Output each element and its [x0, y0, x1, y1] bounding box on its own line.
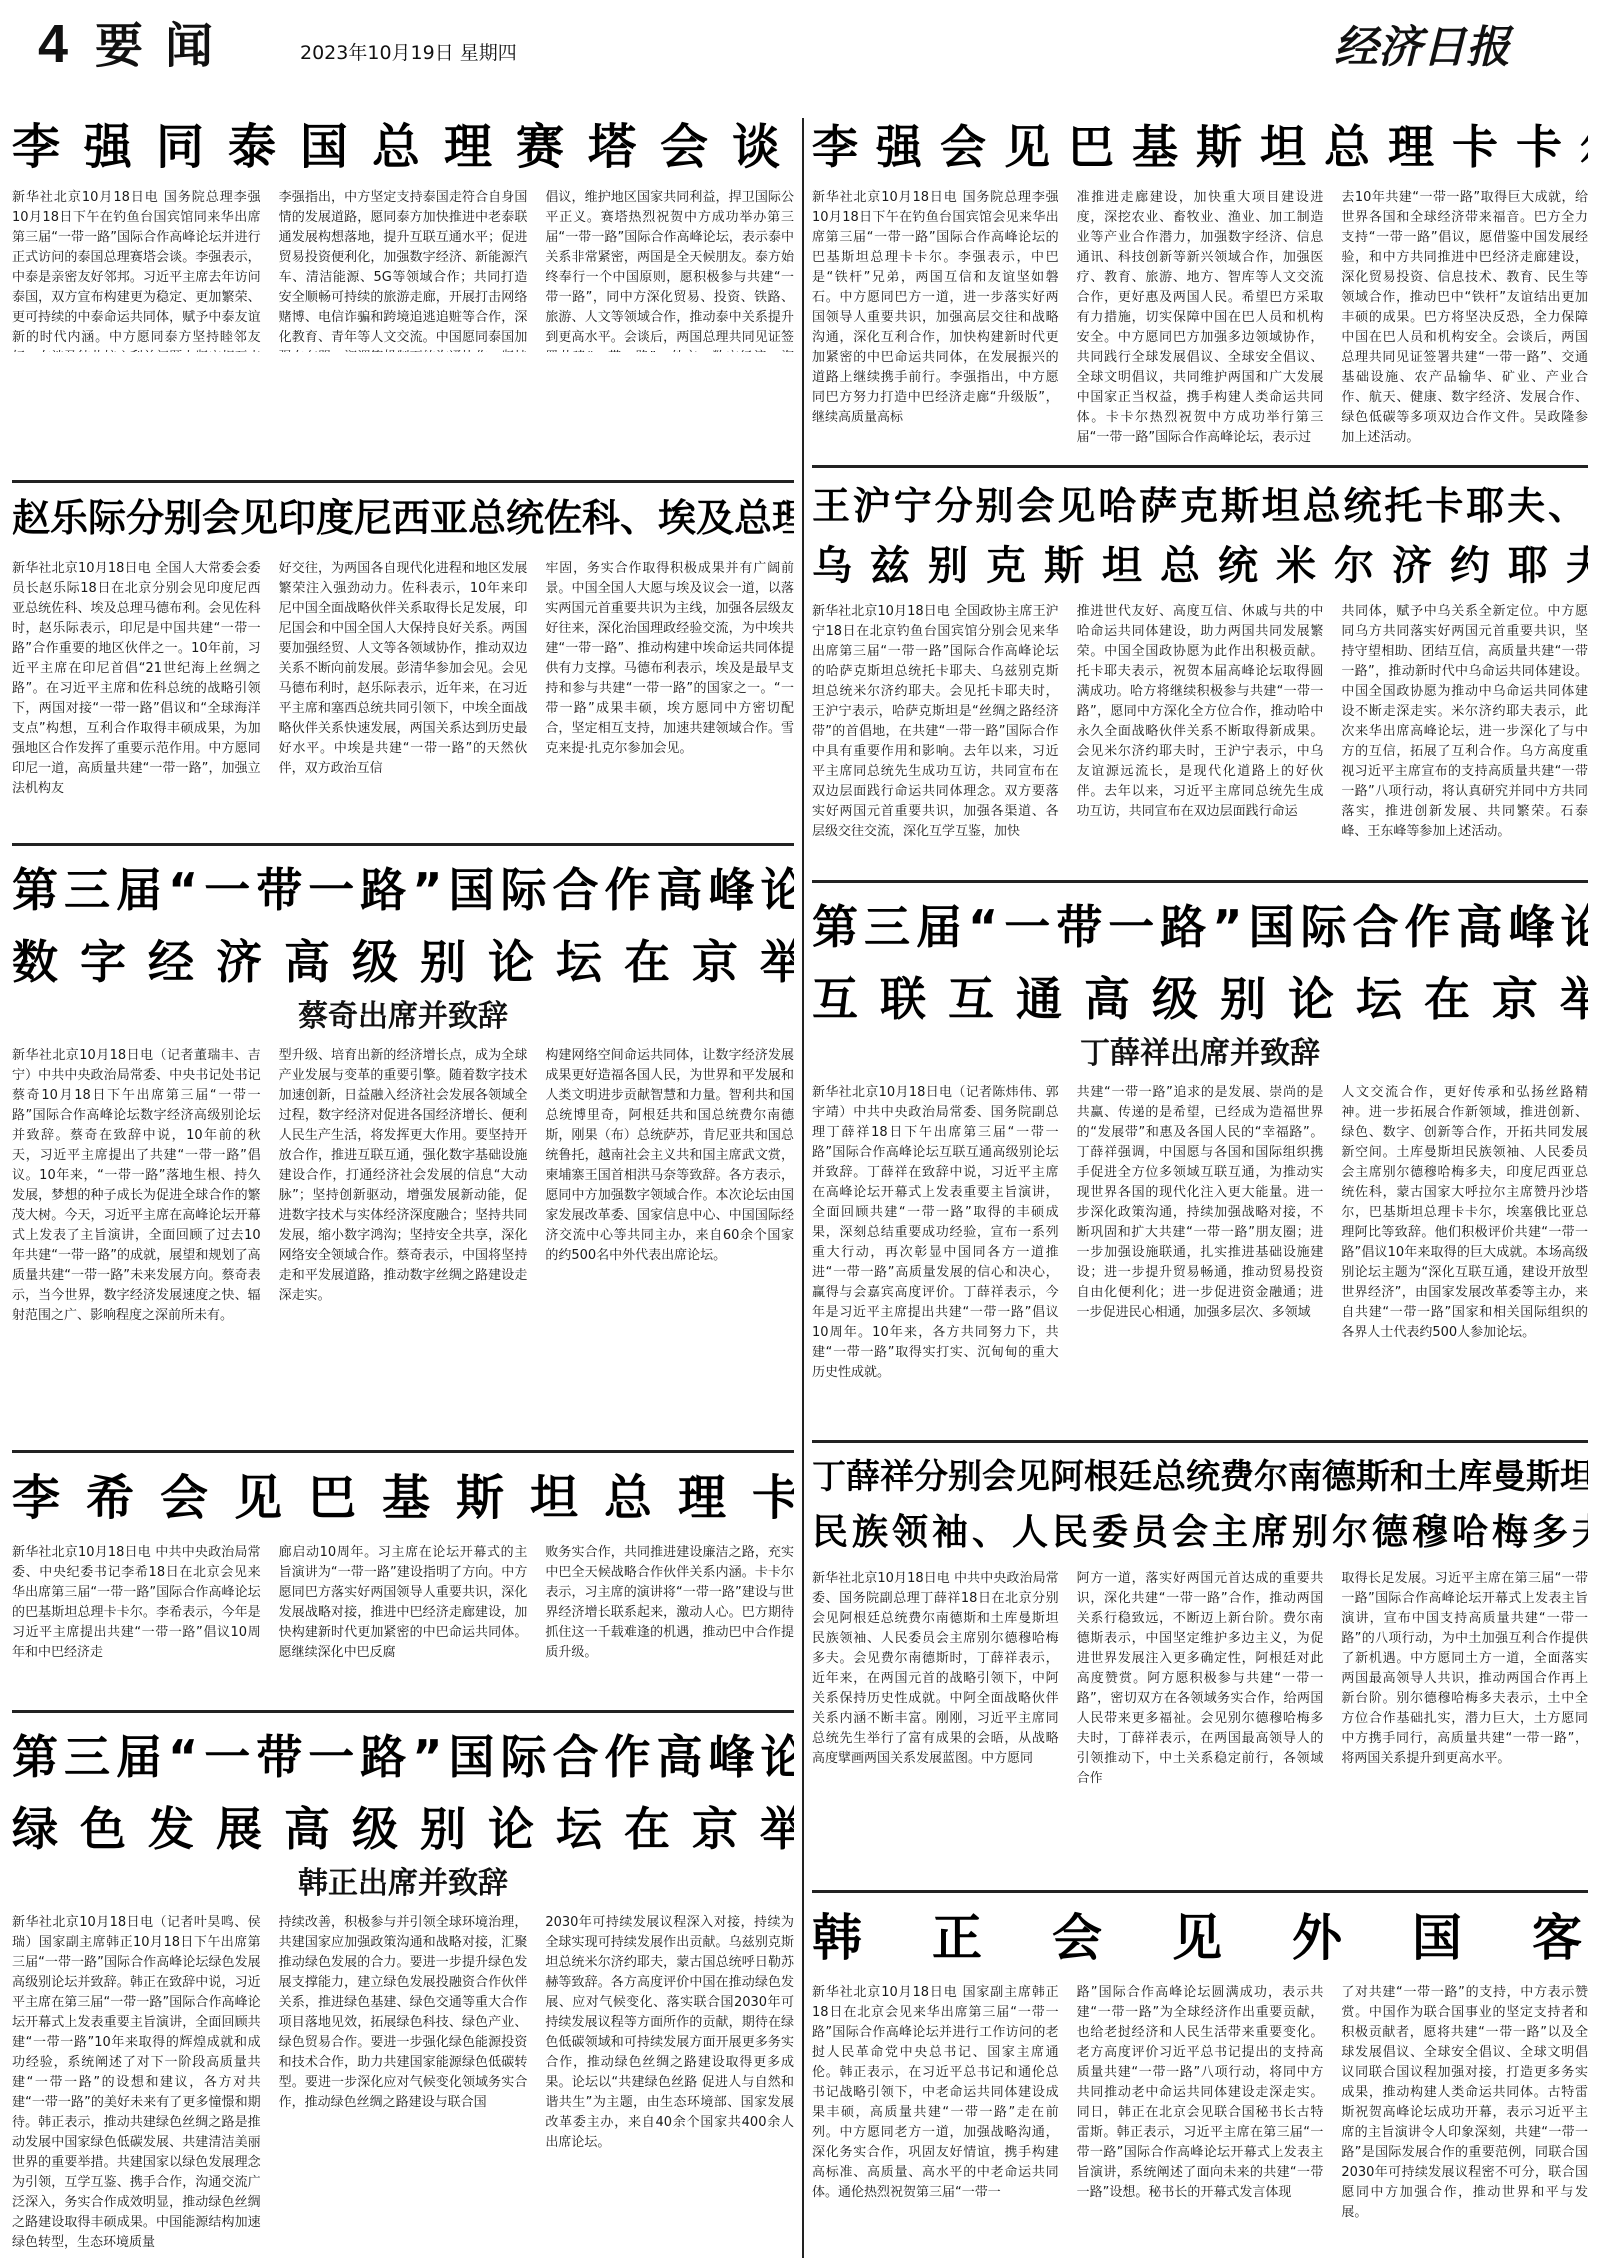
headline-line-2: 数字经济高级别论坛在京举办 [12, 926, 794, 998]
article-li-xi-pakistan: 李希会见巴基斯坦总理卡卡尔 新华社北京10月18日电 中共中央政治局常委、中央纪… [12, 1450, 794, 1700]
issue-date: 2023年10月19日 星期四 [300, 38, 517, 65]
article-column: 阿方一道，落实好两国元首达成的重要共识，深化共建“一带一路”合作，推动两国关系行… [1077, 1569, 1324, 1789]
article-column: 新华社北京10月18日电 国家副主席韩正18日在北京会见来华出席第三届“一带一路… [812, 1983, 1059, 2223]
article-wang-huning: 王沪宁分别会见哈萨克斯坦总统托卡耶夫、 乌兹别克斯坦总统米尔济约耶夫 新华社北京… [812, 465, 1588, 885]
subheadline: 丁薛祥出席并致辞 [812, 1035, 1588, 1073]
headline-line-2: 民族领袖、人民委员会主席别尔德穆哈梅多夫 [812, 1505, 1588, 1561]
headline-line-2: 互联互通高级别论坛在京举办 [812, 963, 1588, 1035]
article-column: 新华社北京10月18日电 中共中央政治局常委、中央纪委书记李希18日在北京会见来… [12, 1543, 261, 1663]
article-column: 败务实合作，共同推进建设廉洁之路，充实中巴全天候战略合作伙伴关系内涵。卡卡尔表示… [545, 1543, 794, 1663]
article-column: 准推进走廊建设，加快重大项目建设进度，深挖农业、畜牧业、渔业、加工制造业等产业合… [1077, 188, 1324, 448]
article-column: 2030年可持续发展议程深入对接，持续为全球实现可持续发展作出贡献。乌兹别克斯坦… [545, 1913, 794, 2253]
article-column: 新华社北京10月18日电（记者陈炜伟、郭宇靖）中共中央政治局常委、国务院副总理丁… [812, 1083, 1059, 1383]
article-column: 新华社北京10月18日电（记者叶昊鸣、侯瑞）国家副主席韩正10月18日下午出席第… [12, 1913, 261, 2253]
headline: 赵乐际分别会见印度尼西亚总统佐科、埃及总理马德布利 [12, 483, 794, 553]
subheadline: 蔡奇出席并致辞 [12, 998, 794, 1036]
article-column: 新华社北京10月18日电 全国人大常委会委员长赵乐际18日在北京分别会见印度尼西… [12, 559, 261, 799]
article-connectivity-forum: 第三届“一带一路”国际合作高峰论坛 互联互通高级别论坛在京举办 丁薛祥出席并致辞… [812, 880, 1588, 1425]
article-column: 取得长足发展。习近平主席在第三届“一带一路”国际合作高峰论坛开幕式上发表主旨演讲… [1341, 1569, 1588, 1789]
article-column: 李强指出，中方坚定支持泰国走符合自身国情的发展道路，愿同泰方加快推进中老泰联通发… [279, 188, 528, 352]
article-ding-xuexiang-meetings: 丁薛祥分别会见阿根廷总统费尔南德斯和土库曼斯坦 民族领袖、人民委员会主席别尔德穆… [812, 1440, 1588, 1880]
article-column: 推进世代友好、高度互信、休戚与共的中哈命运共同体建设，助力两国共同发展繁荣。中国… [1077, 602, 1324, 842]
headline-line-1: 第三届“一带一路”国际合作高峰论坛 [812, 891, 1588, 963]
article-column: 共同体，赋予中乌关系全新定位。中方愿同乌方共同落实好两国元首重要共识，坚持守望相… [1341, 602, 1588, 842]
headline: 韩正会见外国客人 [812, 1893, 1588, 1983]
article-column: 人文交流合作，更好传承和弘扬丝路精神。进一步拓展合作新领域，推进创新、绿色、数字… [1341, 1083, 1588, 1383]
article-column: 牢固，务实合作取得积极成果并有广阔前景。中国全国人大愿与埃及议会一道，以落实两国… [545, 559, 794, 799]
center-divider [802, 118, 804, 2258]
article-column: 型升级、培育出新的经济增长点，成为全球产业发展与变革的重要引擎。随着数字技术加速… [279, 1046, 528, 1326]
article-column: 新华社北京10月18日电 中共中央政治局常委、国务院副总理丁薛祥18日在北京分别… [812, 1569, 1059, 1789]
article-li-qiang-thailand: 李强同泰国总理赛塔会谈 新华社北京10月18日电 国务院总理李强10月18日下午… [12, 112, 794, 352]
headline: 李强会见巴基斯坦总理卡卡尔 [812, 112, 1588, 182]
article-column: 好交往，为两国各自现代化进程和地区发展繁荣注入强劲动力。佐科表示，10年来印尼中… [279, 559, 528, 799]
article-han-zheng-guests: 韩正会见外国客人 新华社北京10月18日电 国家副主席韩正18日在北京会见来华出… [812, 1890, 1588, 2260]
headline-line-1: 王沪宁分别会见哈萨克斯坦总统托卡耶夫、 [812, 476, 1588, 536]
article-column: 了对共建“一带一路”的支持，中方表示赞赏。中国作为联合国事业的坚定支持者和积极贡… [1341, 1983, 1588, 2223]
article-column: 共建“一带一路”追求的是发展、崇尚的是共赢、传递的是希望，已经成为造福世界的“发… [1077, 1083, 1324, 1383]
article-green-development-forum: 第三届“一带一路”国际合作高峰论坛 绿色发展高级别论坛在京举办 韩正出席并致辞 … [12, 1710, 794, 2260]
headline: 李强同泰国总理赛塔会谈 [12, 112, 794, 182]
article-column: 路”国际合作高峰论坛圆满成功，表示共建“一带一路”为全球经济作出重要贡献，也给老… [1077, 1983, 1324, 2223]
article-column: 去10年共建“一带一路”取得巨大成就，给世界各国和全球经济带来福音。巴方全力支持… [1341, 188, 1588, 448]
headline-line-2: 绿色发展高级别论坛在京举办 [12, 1793, 794, 1865]
page-number: 4 [38, 14, 68, 74]
article-digital-economy-forum: 第三届“一带一路”国际合作高峰论坛 数字经济高级别论坛在京举办 蔡奇出席并致辞 … [12, 843, 794, 1443]
article-column: 新华社北京10月18日电（记者董瑞丰、吉宁）中共中央政治局常委、中央书记处书记蔡… [12, 1046, 261, 1326]
article-li-qiang-pakistan: 李强会见巴基斯坦总理卡卡尔 新华社北京10月18日电 国务院总理李强10月18日… [812, 112, 1588, 452]
subheadline: 韩正出席并致辞 [12, 1865, 794, 1903]
article-column: 廊启动10周年。习主席在论坛开幕式的主旨演讲为“一带一路”建设指明了方向。中方愿… [279, 1543, 528, 1663]
article-column: 构建网络空间命运共同体，让数字经济发展成果更好造福各国人民，为世界和平发展和人类… [545, 1046, 794, 1326]
article-column: 持续改善，积极参与并引领全球环境治理，共建国家应加强政策沟通和战略对接，汇聚推动… [279, 1913, 528, 2253]
article-column: 新华社北京10月18日电 国务院总理李强10月18日下午在钓鱼台国宾馆会见来华出… [812, 188, 1059, 448]
article-column: 新华社北京10月18日电 全国政协主席王沪宁18日在北京钓鱼台国宾馆分别会见来华… [812, 602, 1059, 842]
headline-line-1: 第三届“一带一路”国际合作高峰论坛 [12, 854, 794, 926]
headline: 李希会见巴基斯坦总理卡卡尔 [12, 1453, 794, 1543]
article-column: 新华社北京10月18日电 国务院总理李强10月18日下午在钓鱼台国宾馆同来华出席… [12, 188, 261, 352]
headline-line-1: 丁薛祥分别会见阿根廷总统费尔南德斯和土库曼斯坦 [812, 1449, 1588, 1505]
masthead: 4 要闻 2023年10月19日 星期四 经济日报 [0, 0, 1600, 70]
headline-line-2: 乌兹别克斯坦总统米尔济约耶夫 [812, 536, 1588, 596]
article-column: 倡议，维护地区国家共同利益，捍卫国际公平正义。赛塔热烈祝贺中方成功举办第三届“一… [545, 188, 794, 352]
headline-line-1: 第三届“一带一路”国际合作高峰论坛 [12, 1721, 794, 1793]
paper-logo: 经济日报 [1334, 22, 1510, 74]
article-zhao-leji: 赵乐际分别会见印度尼西亚总统佐科、埃及总理马德布利 新华社北京10月18日电 全… [12, 480, 794, 810]
section-title: 要闻 [95, 16, 235, 76]
